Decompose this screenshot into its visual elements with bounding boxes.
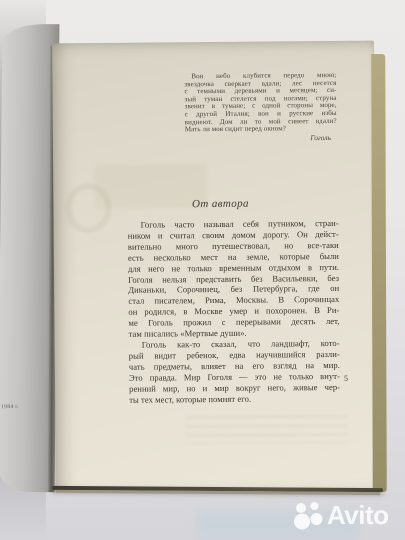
book-page: Вон небо клубится передо мною;звездочка … <box>52 41 378 492</box>
page-number: 5 <box>339 374 353 383</box>
book-cover-edge <box>371 54 387 492</box>
epigraph-signature: Гоголь <box>185 133 331 143</box>
avito-watermark: Avito <box>292 499 389 532</box>
avito-wordmark: Avito <box>327 499 389 532</box>
avito-logo-icon <box>292 499 325 532</box>
text-line: ренний мир, но и мир вокруг него, живые … <box>129 382 340 395</box>
side-note: 1984 г. <box>1 404 19 410</box>
book-photo: Вон небо клубится передо мною;звездочка … <box>0 0 405 540</box>
body-paragraph-2: Гоголь как-то сказал, что ландшафт, кото… <box>129 338 341 405</box>
show-through-text <box>185 415 347 444</box>
text-line: ты тех мест, которые помнят его. <box>129 392 340 405</box>
body-paragraph-1: Гоголь часто называл себя путником, стра… <box>128 218 340 340</box>
epigraph: Вон небо клубится передо мною;звездочка … <box>184 72 337 134</box>
section-heading: От автора <box>127 197 313 211</box>
